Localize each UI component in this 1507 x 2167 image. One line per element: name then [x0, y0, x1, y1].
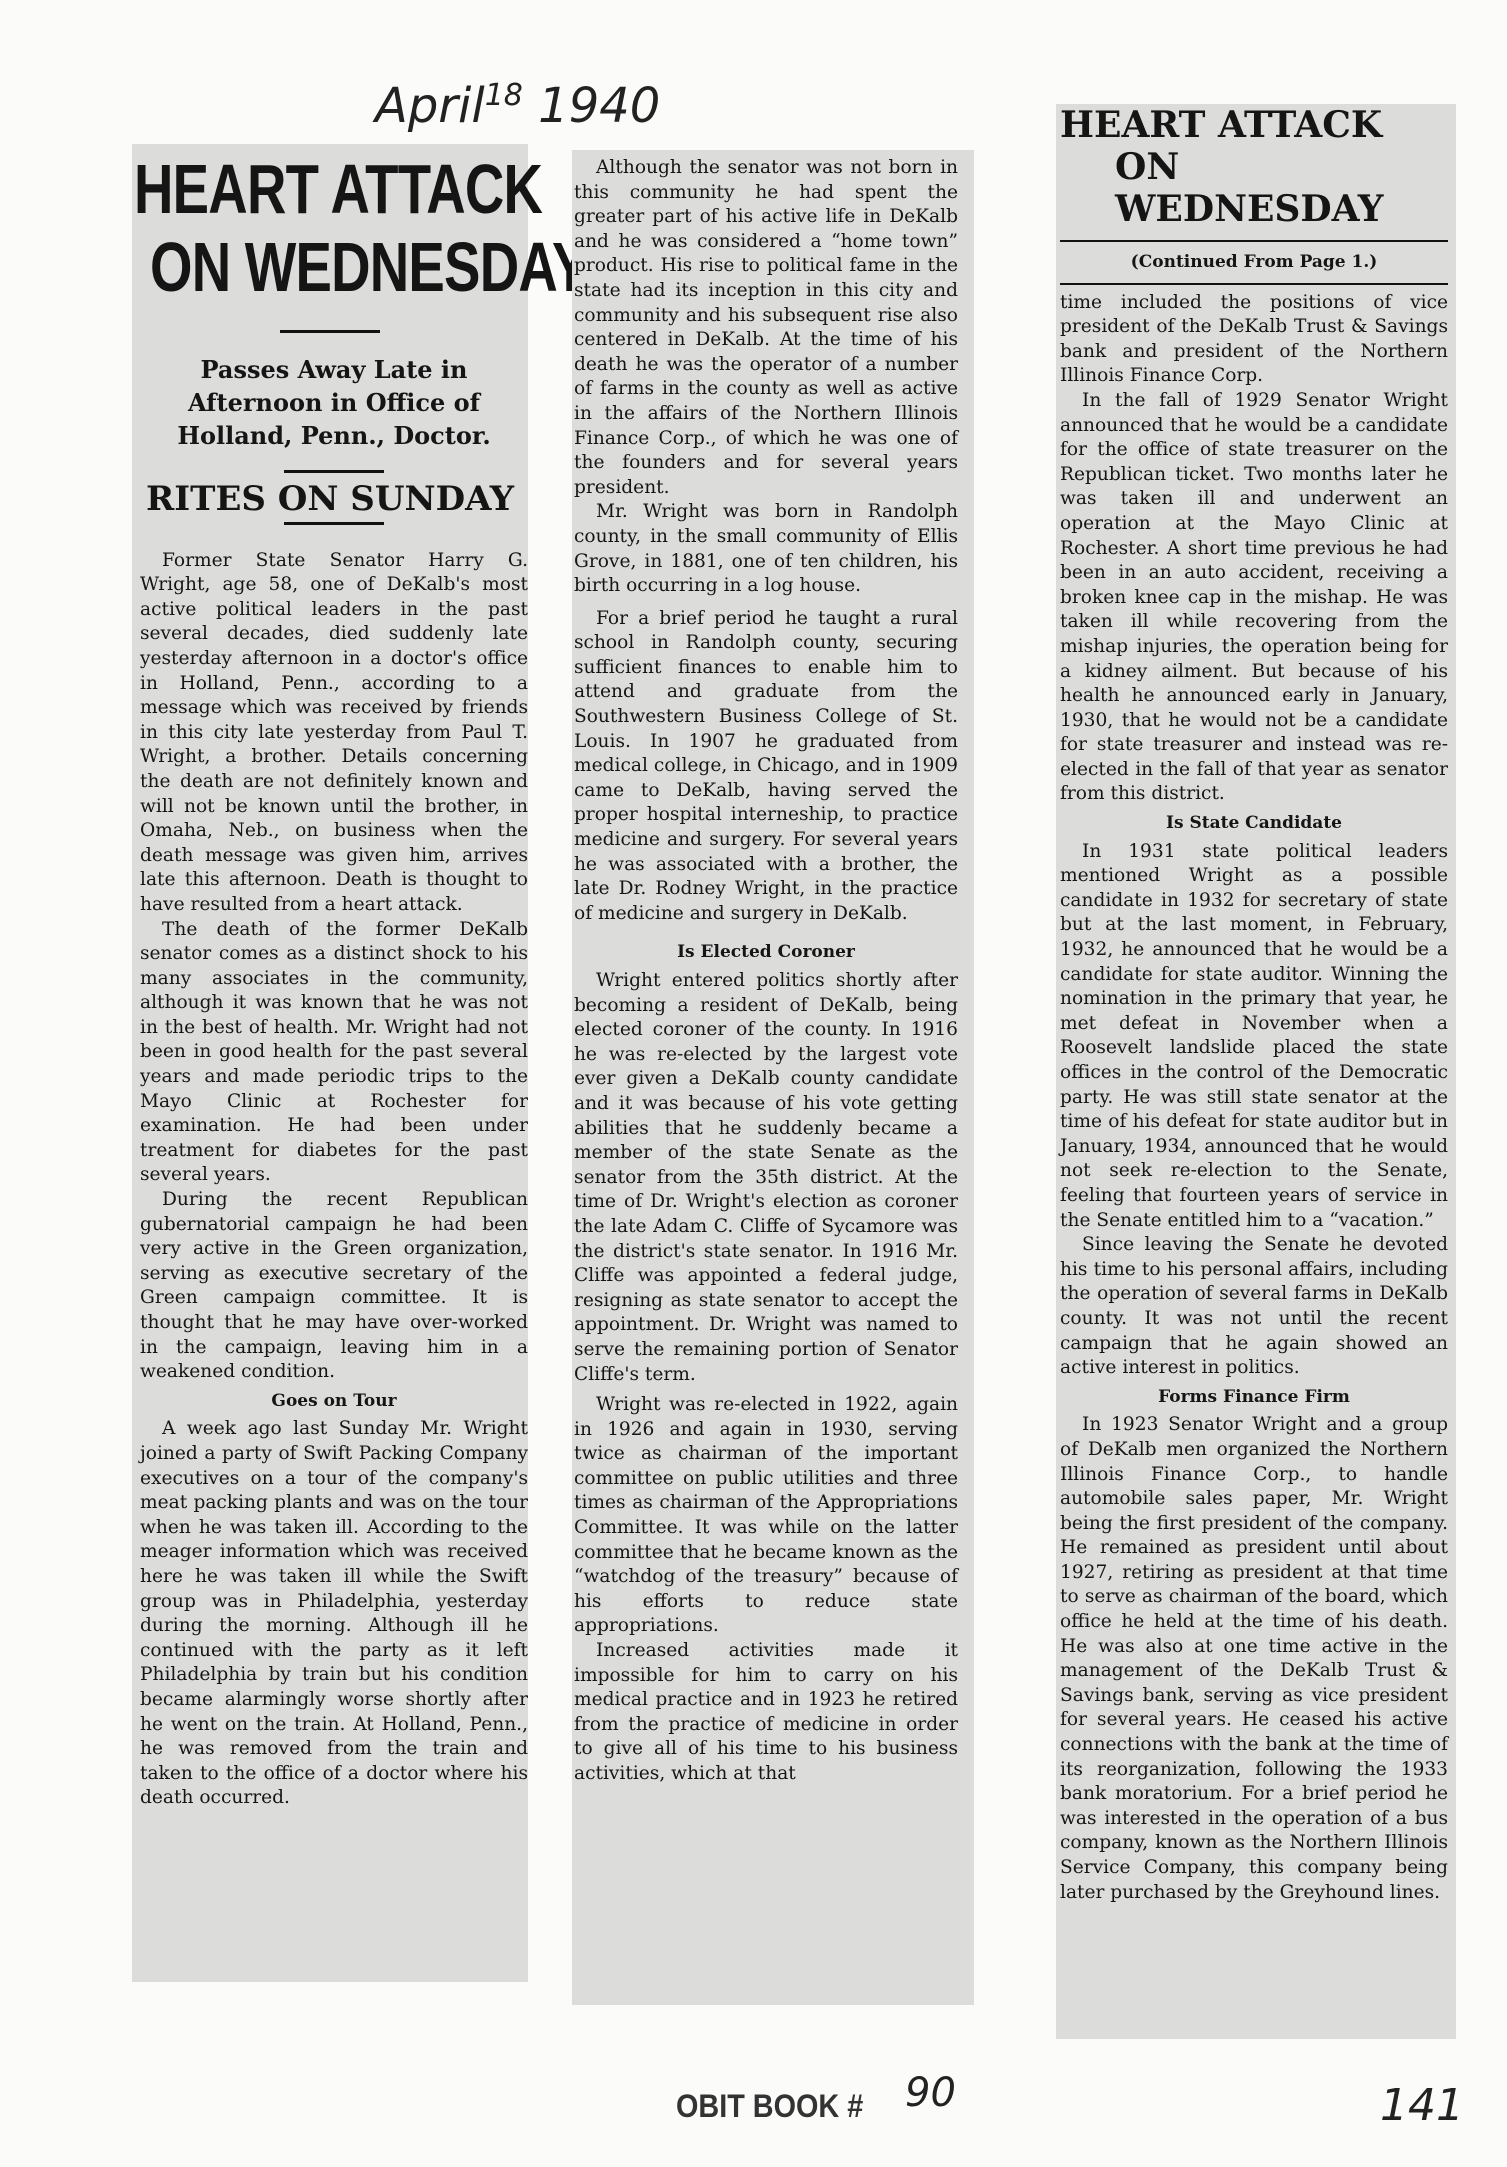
paragraph: Since leaving the Senate he devoted his … — [1060, 1233, 1448, 1381]
paragraph: Wright was re-elected in 1922, again in … — [574, 1393, 958, 1639]
divider — [284, 470, 384, 473]
continued-from-note: (Continued From Page 1.) — [1060, 250, 1448, 275]
divider — [280, 330, 380, 333]
paragraph: The death of the former DeKalb senator c… — [140, 918, 528, 1189]
paragraph: In 1931 state political leaders mentione… — [1060, 840, 1448, 1234]
article-column-2: Although the senator was not born in thi… — [574, 156, 958, 1787]
handwritten-book-number: 90 — [905, 2070, 956, 2116]
section-head: Forms Finance Firm — [1060, 1385, 1448, 1410]
paragraph: In 1923 Senator Wright and a group of De… — [1060, 1413, 1448, 1905]
deck: Passes Away Late in Afternoon in Office … — [140, 353, 528, 452]
paragraph: Mr. Wright was born in Randolph county, … — [574, 500, 958, 598]
paragraph: During the recent Republican gubernatori… — [140, 1188, 528, 1385]
paragraph: For a brief period he taught a rural sch… — [574, 607, 958, 927]
obit-book-stamp: OBIT BOOK # — [676, 2088, 863, 2125]
paragraph: Increased activities made it impossible … — [574, 1639, 958, 1787]
article-column-1: HEART ATTACK ON WEDNESDAY Passes Away La… — [140, 150, 528, 1811]
article-column-3: HEART ATTACK ON WEDNESDAY (Continued Fro… — [1060, 104, 1448, 1905]
section-head: Is Elected Coroner — [574, 940, 958, 965]
handwritten-date: April18 1940 — [375, 78, 660, 134]
handwritten-month: April — [375, 78, 485, 134]
headline-line-1: HEART ATTACK — [134, 150, 441, 228]
divider — [1060, 240, 1448, 242]
continued-headline-line-1: HEART ATTACK — [1060, 104, 1448, 146]
continued-headline-line-2: ON WEDNESDAY — [1060, 146, 1448, 230]
handwritten-year: 1940 — [538, 78, 660, 134]
section-head: Is State Candidate — [1060, 811, 1448, 836]
headline-line-2: ON WEDNESDAY — [150, 228, 445, 306]
paragraph: Former State Senator Harry G. Wright, ag… — [140, 549, 528, 918]
subhead: RITES ON SUNDAY — [140, 487, 528, 512]
paragraph: A week ago last Sunday Mr. Wright joined… — [140, 1417, 528, 1811]
paragraph: Although the senator was not born in thi… — [574, 156, 958, 500]
stamp-label: OBIT BOOK # — [676, 2088, 863, 2124]
handwritten-day: 18 — [485, 78, 523, 113]
section-head: Goes on Tour — [140, 1389, 528, 1414]
divider — [284, 522, 384, 525]
handwritten-page-number: 141 — [1380, 2080, 1464, 2131]
divider — [1060, 283, 1448, 285]
paragraph: time included the positions of vice pres… — [1060, 291, 1448, 389]
paragraph: In the fall of 1929 Senator Wright annou… — [1060, 389, 1448, 807]
paragraph: Wright entered politics shortly after be… — [574, 969, 958, 1387]
